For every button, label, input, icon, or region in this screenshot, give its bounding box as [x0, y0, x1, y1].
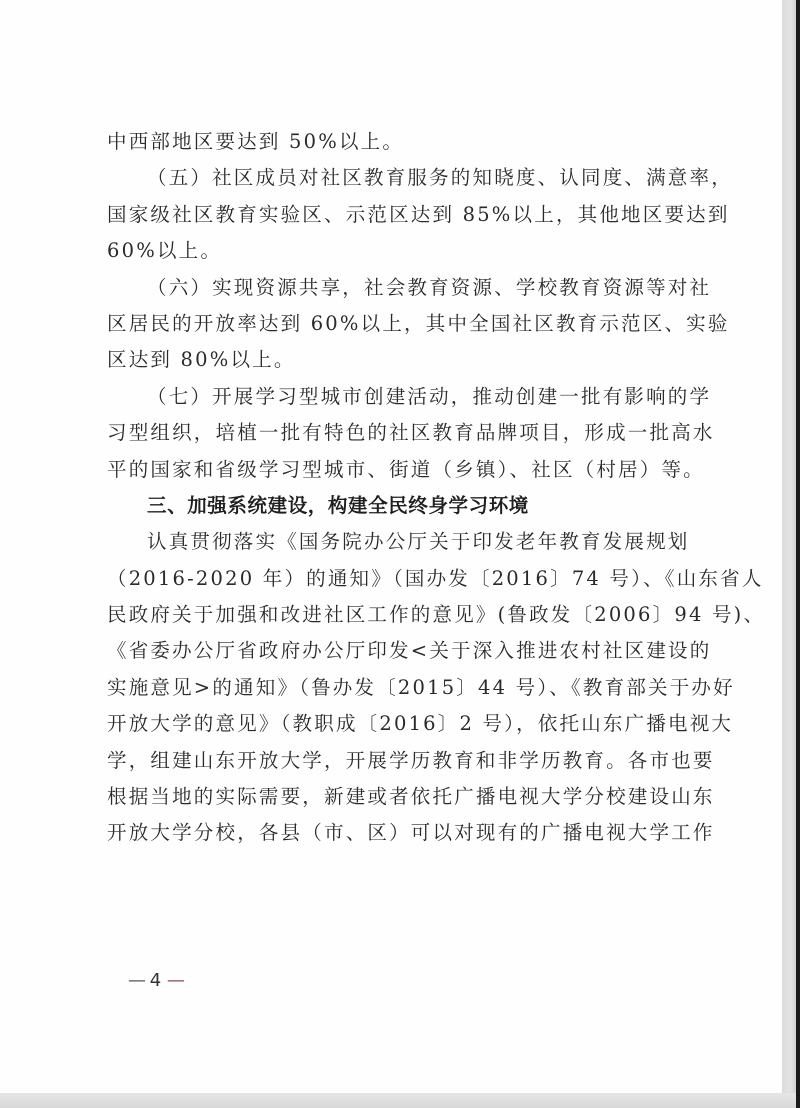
page-number: — 4 —	[128, 970, 183, 991]
text-line: 区居民的开放率达到 60%以上，其中全国社区教育示范区、实验	[107, 306, 707, 342]
text-line: 开放大学分校，各县（市、区）可以对现有的广播电视大学工作	[107, 815, 707, 851]
section-heading: 三、加强系统建设，构建全民终身学习环境	[107, 488, 707, 524]
text-line: （2016-2020 年）的通知》（国办发〔2016〕74 号）、《山东省人	[107, 561, 707, 597]
text-line: 中西部地区要达到 50%以上。	[107, 124, 707, 160]
text-line: 平的国家和省级学习型城市、街道（乡镇）、社区（村居）等。	[107, 452, 707, 488]
text-line: 习型组织，培植一批有特色的社区教育品牌项目，形成一批高水	[107, 415, 707, 451]
text-line: （六）实现资源共享，社会教育资源、学校教育资源等对社	[107, 270, 707, 306]
scan-bottom-shadow	[0, 1093, 796, 1108]
text-line: 实施意见>的通知》（鲁办发〔2015〕44 号）、《教育部关于办好	[107, 670, 707, 706]
text-line: 开放大学的意见》（教职成〔2016〕2 号），依托山东广播电视大	[107, 706, 707, 742]
text-line: 60%以上。	[107, 233, 707, 269]
text-line: （五）社区成员对社区教育服务的知晓度、认同度、满意率，	[107, 160, 707, 196]
text-line: 认真贯彻落实《国务院办公厅关于印发老年教育发展规划	[107, 524, 707, 560]
scan-edge-border	[796, 0, 800, 1108]
text-line: 《省委办公厅省政府办公厅印发<关于深入推进农村社区建设的	[107, 633, 707, 669]
text-line: （七）开展学习型城市创建活动，推动创建一批有影响的学	[107, 379, 707, 415]
page-number-dash-left: —	[128, 970, 144, 991]
text-line: 区达到 80%以上。	[107, 342, 707, 378]
page-number-dash-right: —	[167, 970, 183, 991]
page-number-value: 4	[150, 970, 161, 991]
text-line: 根据当地的实际需要，新建或者依托广播电视大学分校建设山东	[107, 779, 707, 815]
scan-edge-shadow	[782, 0, 796, 1093]
document-body: 中西部地区要达到 50%以上。 （五）社区成员对社区教育服务的知晓度、认同度、满…	[107, 124, 707, 852]
text-line: 民政府关于加强和改进社区工作的意见》(鲁政发〔2006〕94 号)、	[107, 597, 707, 633]
text-line: 学，组建山东开放大学，开展学历教育和非学历教育。各市也要	[107, 743, 707, 779]
text-line: 国家级社区教育实验区、示范区达到 85%以上，其他地区要达到	[107, 197, 707, 233]
